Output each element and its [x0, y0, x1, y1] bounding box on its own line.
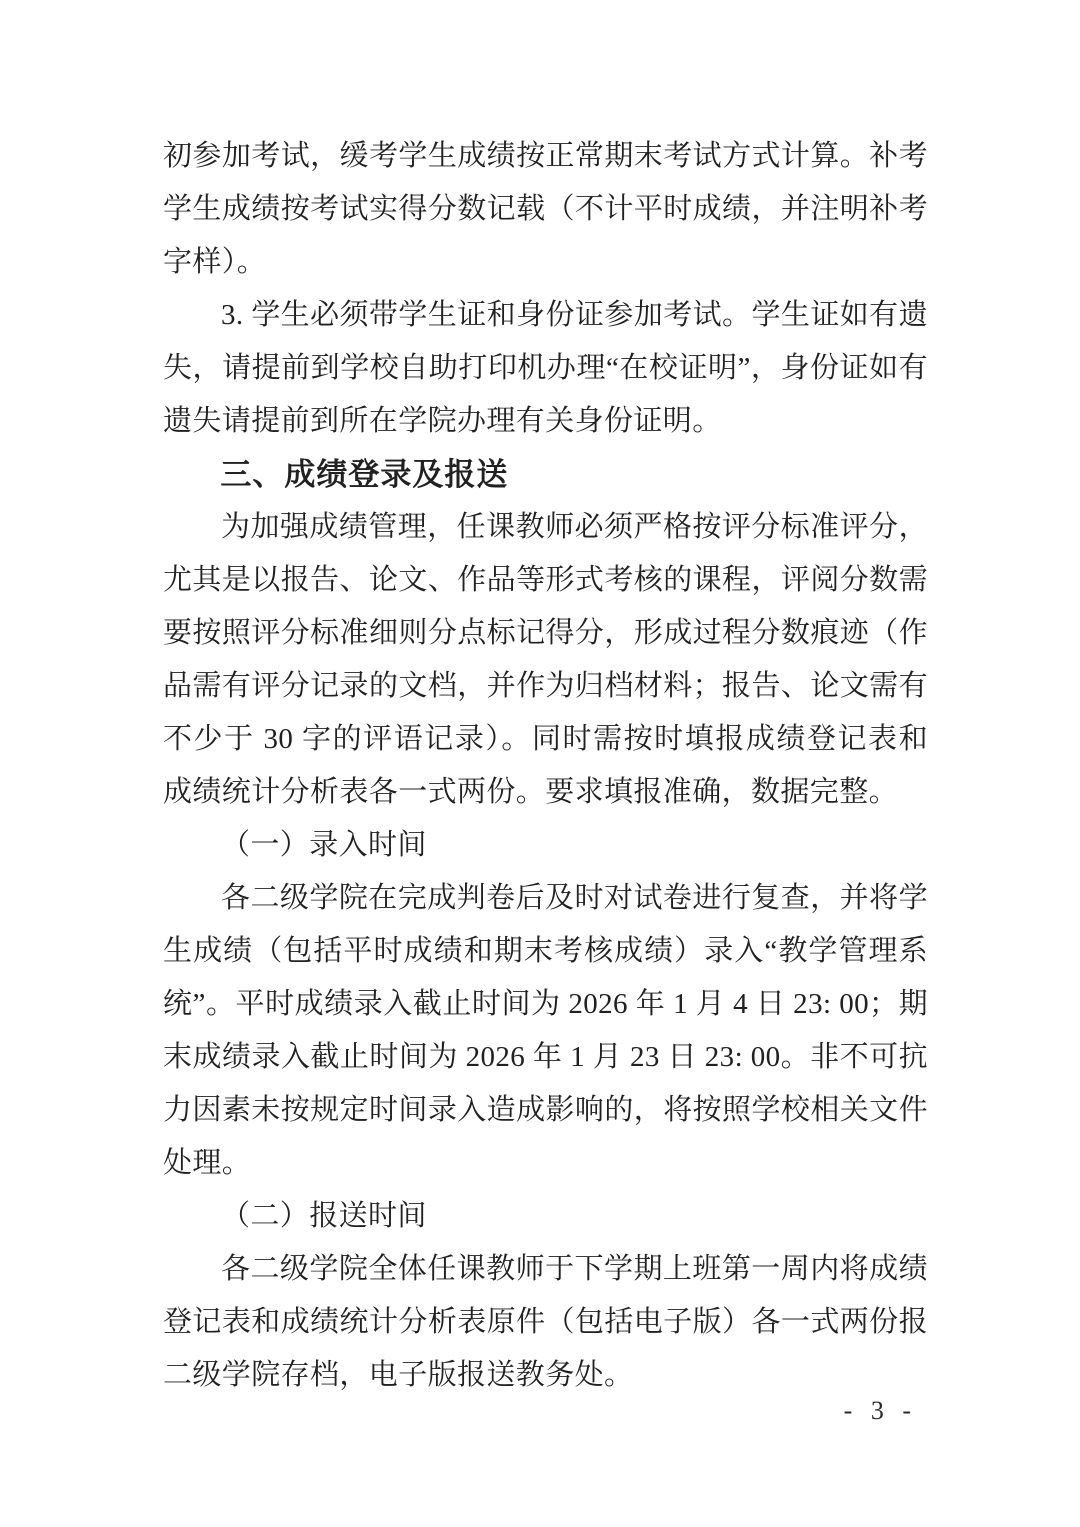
paragraph-entry-deadlines: 各二级学院在完成判卷后及时对试卷进行复查，并将学生成绩（包括平时成绩和期末考核成… [163, 872, 928, 1190]
paragraph-student-id-requirement: 3. 学生必须带学生证和身份证参加考试。学生证如有遗失，请提前到学校自助打印机办… [163, 289, 928, 448]
subheading-submission-time: （二）报送时间 [163, 1190, 928, 1243]
document-page: 初参加考试，缓考学生成绩按正常期末考试方式计算。补考学生成绩按考试实得分数记载（… [0, 0, 1080, 1527]
document-body: 初参加考试，缓考学生成绩按正常期末考试方式计算。补考学生成绩按考试实得分数记载（… [163, 130, 928, 1402]
subheading-entry-time: （一）录入时间 [163, 819, 928, 872]
paragraph-grading-standards: 为加强成绩管理，任课教师必须严格按评分标准评分，尤其是以报告、论文、作品等形式考… [163, 501, 928, 819]
section-heading-grade-registration: 三、成绩登录及报送 [163, 448, 928, 501]
paragraph-submission-details: 各二级学院全体任课教师于下学期上班第一周内将成绩登记表和成绩统计分析表原件（包括… [163, 1243, 928, 1402]
paragraph-makeup-exam-scores: 初参加考试，缓考学生成绩按正常期末考试方式计算。补考学生成绩按考试实得分数记载（… [163, 130, 928, 289]
page-number: - 3 - [844, 1396, 917, 1426]
